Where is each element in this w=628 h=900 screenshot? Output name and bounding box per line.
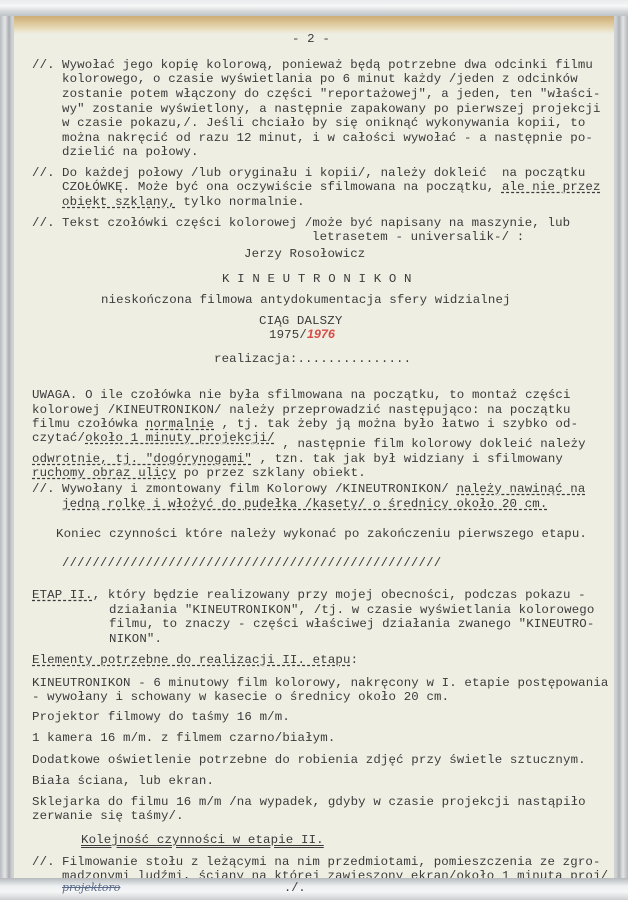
list-item: zerwanie się taśmy/. [32,809,184,824]
text-span: tylko normalnie. [176,195,305,209]
underlined-text: obiekt szklany, [62,195,176,209]
paragraph-line: można nakręcić od razu 12 minut, i w cał… [62,131,593,146]
bullet-marker: //. [32,166,55,181]
text-span: , tzn. tak jak był widziany i sfilmowany [252,452,563,466]
year-typed: 1975/ [269,328,307,342]
paragraph-line: letrasetem - universalik-/ : [312,230,524,245]
underlined-text: około 1 minuta proj/ [456,869,608,878]
underlined-text: ale nie przez [502,180,601,194]
list-item: Biała ściana, lub ekran. [32,774,214,789]
underlined-text: ruchomy obraz ulicy [32,466,176,480]
underlined-text: normalnie [146,417,214,431]
paragraph-line: ETAP II., który będzie realizowany przy … [32,588,586,603]
paragraph-line: Do każdej połowy /lub oryginału i kopii/… [62,166,585,181]
paragraph-line: filmu, to znaczy - części właściwej dzia… [109,617,594,632]
paragraph-line: kolorowego, o czasie wyświetlania po 6 m… [62,72,578,87]
text-span: , który będzie realizowany przy mojej ob… [93,588,586,602]
bullet-marker: //. [32,482,55,497]
paragraph-line: zostanie potem włączony do części "repor… [62,87,601,102]
list-item: - wywołany i schowany w kasecie o średni… [32,690,449,705]
work-subtitle: nieskończona filmowa antydokumentacja sf… [101,293,511,308]
paragraph-line: odwrotnie, tj. "dogórynogami" , tzn. tak… [32,452,563,467]
paragraph-line: działania "KINEUTRONIKON", /tj. w czasie… [109,603,594,618]
stage-label: ETAP II. [32,588,93,602]
separator-line: ////////////////////////////////////////… [62,556,441,571]
text-span: Wywołany i zmontowany film Kolorowy /KIN… [62,482,456,496]
text-span: : [351,653,359,667]
paragraph-line: w czasie pokazu,/. Jeśli chciało by się … [62,116,585,131]
year-line: 1975/1976 [269,327,335,343]
text-span: , następnie film kolorowy dokleić należy [275,437,586,451]
continuation-mark: ./. [284,881,306,895]
frame-top-edge [0,0,628,16]
underlined-text: odwrotnie, tj. "dogórynogami" [32,452,252,466]
paragraph-line: czytać/około 1 minuty projekcji/ , nastę… [32,431,586,446]
section-heading: Elementy potrzebne do realizacji II. eta… [32,653,358,668]
paragraph-line: NIKON". [109,632,162,647]
handwritten-note: projektoro [62,881,120,894]
author-name: Jerzy Rosołowicz [244,247,365,262]
list-item: Sklejarka do filmu 16 m/m /na wypadek, g… [32,795,586,810]
bullet-marker: //. [32,855,55,870]
paragraph-line: obiekt szklany, tylko normalnie. [62,195,305,210]
underlined-text: około 1 minuty projekcji/ [85,431,275,445]
paragraph-line: kolorowej /KINEUTRONIKON/ należy przepro… [32,403,571,418]
realization-field: realizacja:............... [214,352,411,367]
page-number: - 2 - [292,32,330,47]
list-item: KINEUTRONIKON - 6 minutowy film kolorowy… [32,676,609,691]
paragraph-line: dzielić na połowy. [62,145,199,160]
paragraph-line: Filmowanie stołu z leżącymi na nim przed… [62,855,601,870]
paragraph-line: Wywołany i zmontowany film Kolorowy /KIN… [62,482,585,497]
paragraph-line: ruchomy obraz ulicy po przez szklany obi… [32,466,366,481]
paragraph-line: Tekst czołówki części kolorowej /może by… [62,216,570,231]
section-heading: Kolejność czynności w etapie II. [81,833,324,848]
paragraph-line: wy" zostanie wyświetlony, a następnie za… [62,102,601,117]
paragraph-line: madzonymi ludźmi, ściany na której zawie… [62,869,608,878]
list-item: Projektor filmowy do taśmy 16 m/m. [32,710,290,725]
list-item: Dodatkowe oświetlenie potrzebne do robie… [32,753,586,768]
underlined-text: należy nawinąć na [456,482,585,496]
text-span: czytać/ [32,431,85,445]
paragraph-line: CZOŁÓWKĘ. Może być ona oczywiście sfilmo… [62,180,601,195]
end-stage-note: Koniec czynności które należy wykonać po… [56,527,587,542]
paragraph-line: Wywołać jego kopię kolorową, ponieważ bę… [62,58,593,73]
heading-text: Elementy potrzebne do realizacji II. eta… [32,653,351,667]
underlined-text: jedną rolkę i włożyć do pudełka /kasety/… [62,497,547,512]
text-span: madzonymi ludźmi, ściany na której zawie… [62,869,456,878]
bullet-marker: //. [32,58,55,73]
paragraph-line: UWAGA. O ile czołówka nie była sfilmowan… [32,388,571,403]
work-title: K I N E U T R O N I K O N [222,272,412,287]
text-span: filmu czołówka [32,417,146,431]
typewritten-page: - 2 - //. Wywołać jego kopię kolorową, p… [14,16,614,878]
year-handwritten: 1976 [307,327,335,341]
bullet-marker: //. [32,216,55,231]
text-span: , tj. tak żeby ją można było łatwo i szy… [214,417,578,431]
paragraph-line: filmu czołówka normalnie , tj. tak żeby … [32,417,578,432]
list-item: 1 kamera 16 m/m. z filmem czarno/białym. [32,731,335,746]
text-span: po przez szklany obiekt. [176,466,366,480]
text-span: CZOŁÓWKĘ. Może być ona oczywiście sfilmo… [62,180,502,194]
